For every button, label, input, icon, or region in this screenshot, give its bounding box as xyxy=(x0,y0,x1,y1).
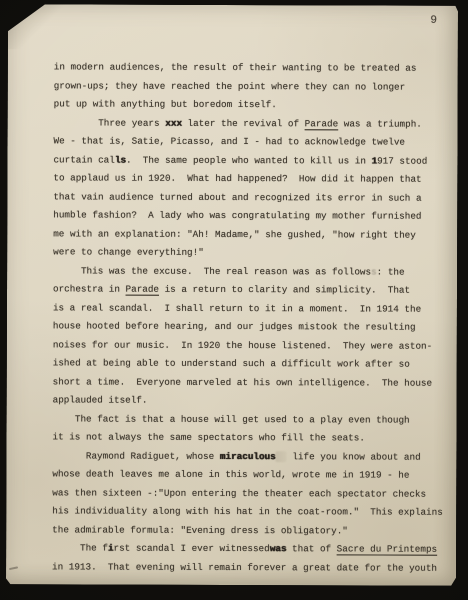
text-segment: We - that is, Satie, Picasso, and I - ha… xyxy=(54,135,406,147)
text-line: it is not always the same spectators who… xyxy=(52,428,452,448)
text-line: to applaud us in 1920. What had happened… xyxy=(53,169,453,189)
text-segment: Three years xyxy=(54,117,166,128)
text-segment: is a real scandal. I shall return to it … xyxy=(53,302,421,314)
text-segment: ished at being able to understand such a… xyxy=(53,357,410,369)
text-segment: was then sixteen -:"Upon entering the th… xyxy=(52,487,426,499)
text-line: that vain audience turned about and reco… xyxy=(53,188,453,208)
text-line: The first scandal I ever witnessedwas th… xyxy=(52,539,452,559)
text-segment: Raymond Radiguet, whose xyxy=(52,450,219,462)
text-segment: in modern audiences, the result of their… xyxy=(54,61,417,73)
text-segment: later the revival of xyxy=(182,117,305,128)
text-segment: applauded itself. xyxy=(53,394,148,405)
text-line: Three years xxx later the revival of Par… xyxy=(54,114,454,134)
text-segment: . The same people who wanted to kill us … xyxy=(126,154,372,166)
text-line: house hooted before hearing, and our jud… xyxy=(53,317,453,337)
text-line: me with an explanation: "Ah! Madame," sh… xyxy=(53,225,453,245)
text-segment: that vain audience turned about and reco… xyxy=(53,191,421,203)
page-number: 9 xyxy=(430,15,437,27)
underlined-title: Parade xyxy=(126,284,160,295)
text-segment: his individuality along with his hat in … xyxy=(52,505,443,517)
text-body: in modern audiences, the result of their… xyxy=(52,58,454,577)
text-segment: : the xyxy=(377,266,405,277)
text-line: the admirable formula: "Evening dress is… xyxy=(52,521,452,541)
text-segment: the admirable formula: "Evening dress is… xyxy=(52,524,348,536)
text-segment: house hooted before hearing, and our jud… xyxy=(53,320,416,332)
text-segment: xxx xyxy=(165,117,182,128)
text-segment: that of xyxy=(286,543,336,554)
text-line: put up with anything but boredom itself. xyxy=(54,95,454,115)
corner-shadow xyxy=(8,4,68,49)
text-line: in 1913. That evening will remain foreve… xyxy=(52,558,452,578)
edge-mark xyxy=(9,566,18,570)
underlined-title: Sacre du Printemps xyxy=(337,543,437,554)
text-segment: short a time. Everyone marveled at his o… xyxy=(53,376,432,388)
text-segment: rst scandal I ever witnessed xyxy=(113,543,269,555)
text-line: noises for our music. In 1920 the house … xyxy=(53,336,453,356)
text-line: The fact is that a house will get used t… xyxy=(53,410,453,430)
text-segment: miraculous xyxy=(220,450,276,461)
text-line: whose death leaves me alone in this worl… xyxy=(52,465,452,485)
text-segment: curtain cal xyxy=(53,154,114,165)
manuscript-page: 9 in modern audiences, the result of the… xyxy=(6,4,458,586)
text-line: Raymond Radiguet, whose miraculous life … xyxy=(52,447,452,467)
text-line: ished at being able to understand such a… xyxy=(53,354,453,374)
text-segment: were to change everything!" xyxy=(53,246,204,258)
text-segment: The f xyxy=(52,542,108,553)
text-line: This was the excuse. The real reason was… xyxy=(53,262,453,282)
text-segment: ls xyxy=(115,154,126,165)
text-segment: 917 stood xyxy=(377,155,427,166)
text-segment: me with an explanation: "Ah! Madame," sh… xyxy=(53,228,416,240)
text-line: applauded itself. xyxy=(53,391,453,411)
photo-background: 9 in modern audiences, the result of the… xyxy=(0,0,468,600)
text-segment: to applaud us in 1920. What had happened… xyxy=(53,172,421,184)
text-segment: whose death leaves me alone in this worl… xyxy=(52,468,409,480)
text-line: curtain calls. The same people who wante… xyxy=(53,151,453,171)
text-line: short a time. Everyone marveled at his o… xyxy=(53,373,453,393)
text-segment xyxy=(276,451,287,462)
text-segment: put up with anything but boredom itself. xyxy=(54,98,277,110)
text-line: his individuality along with his hat in … xyxy=(52,502,452,522)
text-segment: humble fashion? A lady who was congratul… xyxy=(53,209,421,221)
text-line: grown-ups; they have reached the point w… xyxy=(54,77,454,97)
text-segment: was a triumph. xyxy=(338,118,422,129)
text-line: humble fashion? A lady who was congratul… xyxy=(53,206,453,226)
text-line: orchestra in Parade is a return to clari… xyxy=(53,280,453,300)
text-segment: This was the excuse. The real reason was… xyxy=(53,265,371,277)
text-segment: life you know about and xyxy=(287,451,421,462)
text-segment: grown-ups; they have reached the point w… xyxy=(54,80,406,92)
text-line: in modern audiences, the result of their… xyxy=(54,58,454,78)
text-segment: The fact is that a house will get used t… xyxy=(53,413,410,425)
text-line: were to change everything!" xyxy=(53,243,453,263)
text-segment: s xyxy=(371,266,377,277)
text-segment: orchestra in xyxy=(53,283,126,294)
underlined-title: Parade xyxy=(305,118,339,129)
text-segment: noises for our music. In 1920 the house … xyxy=(53,339,432,351)
text-segment: is a return to clarity and simplicity. T… xyxy=(159,284,410,296)
text-line: was then sixteen -:"Upon entering the th… xyxy=(52,484,452,504)
text-segment: it is not always the same spectators who… xyxy=(52,431,364,443)
text-segment: in 1913. That evening will remain foreve… xyxy=(52,561,437,573)
text-line: We - that is, Satie, Picasso, and I - ha… xyxy=(54,132,454,152)
text-segment: was xyxy=(270,543,287,554)
text-line: is a real scandal. I shall return to it … xyxy=(53,299,453,319)
